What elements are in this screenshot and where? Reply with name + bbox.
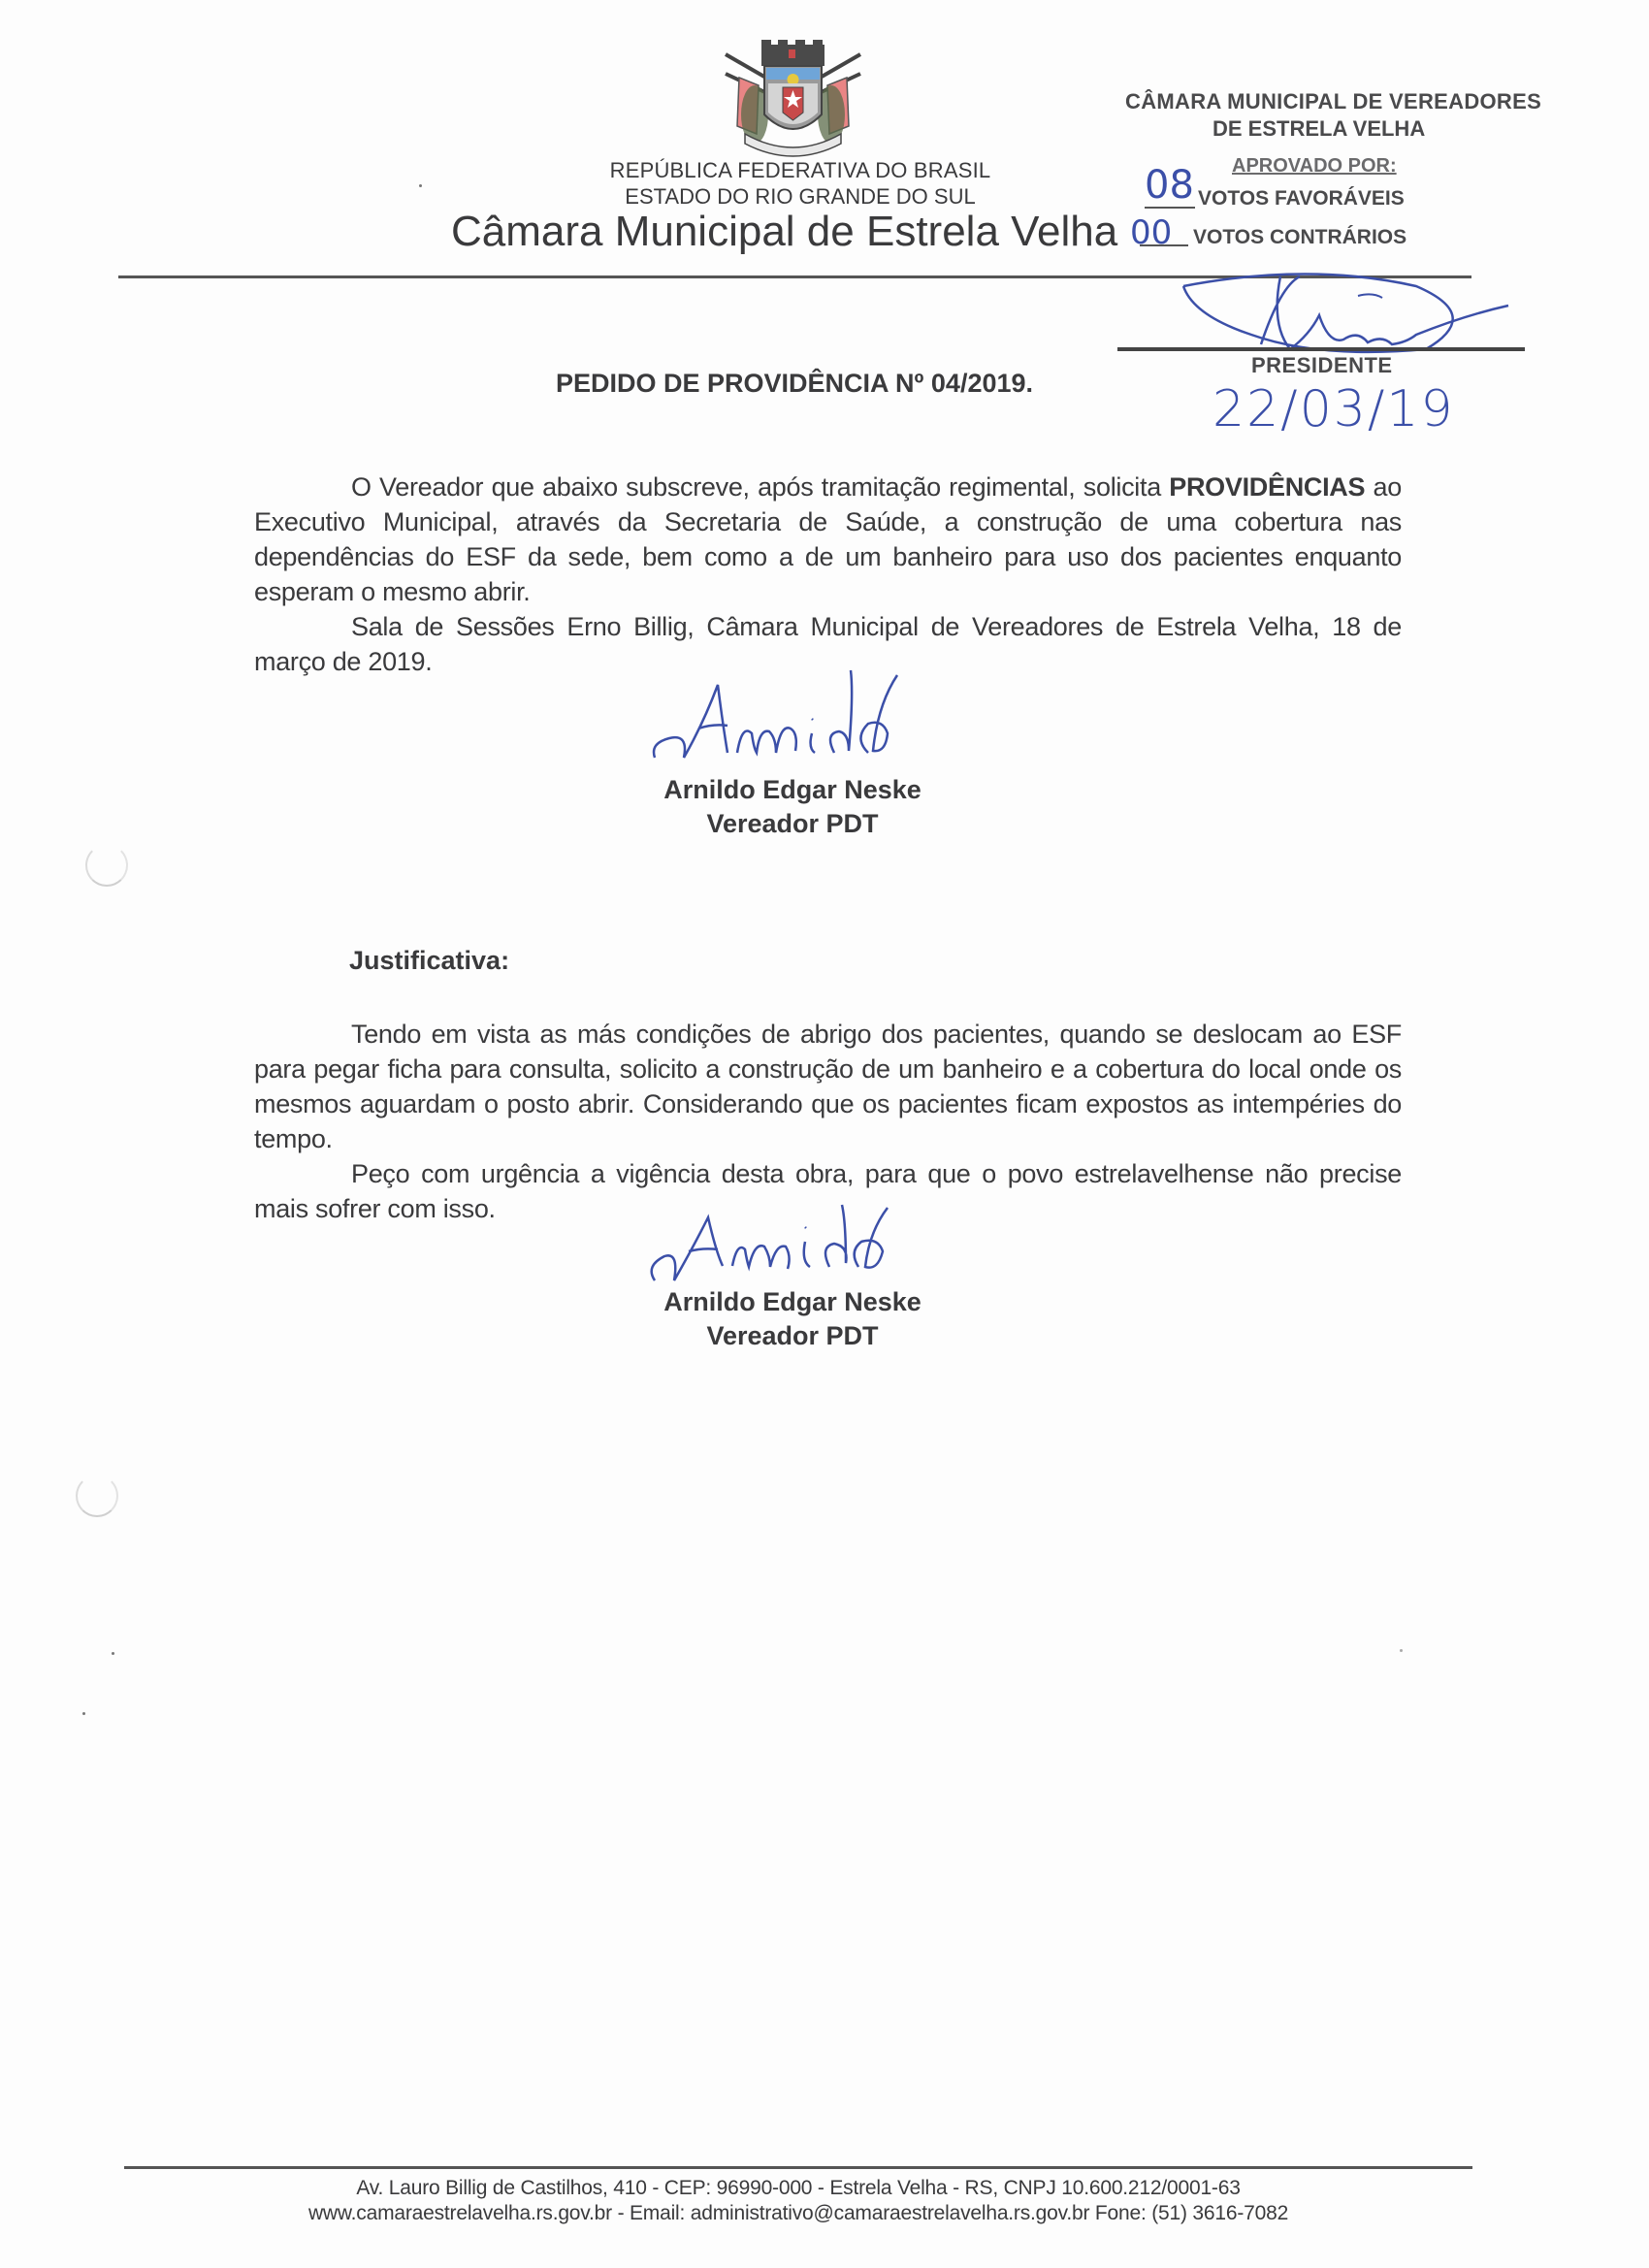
republic-header: REPÚBLICA FEDERATIVA DO BRASIL: [543, 158, 1057, 183]
scan-speck: [82, 1712, 85, 1715]
councilor-signature-icon: [640, 1203, 931, 1292]
scan-speck: [1400, 1649, 1403, 1652]
providencias-emphasis: PROVIDÊNCIAS: [1169, 472, 1365, 502]
signature-block-2: Arnildo Edgar Neske Vereador PDT: [589, 1285, 996, 1353]
votes-against-count: 00: [1130, 213, 1172, 252]
approval-stamp: CÂMARA MUNICIPAL DE VEREADORES DE ESTREL…: [1106, 78, 1571, 388]
signer-name: Arnildo Edgar Neske: [589, 1285, 996, 1319]
votes-against-underline: [1140, 244, 1188, 246]
document-title: PEDIDO DE PROVIDÊNCIA Nº 04/2019.: [556, 369, 1033, 399]
request-text-start: O Vereador que abaixo subscreve, após tr…: [351, 472, 1169, 502]
stamp-line-1: CÂMARA MUNICIPAL DE VEREADORES: [1125, 89, 1541, 114]
coat-of-arms-icon: [718, 37, 868, 161]
footer-contact: www.camaraestrelavelha.rs.gov.br - Email…: [124, 2202, 1472, 2225]
state-header: ESTADO DO RIO GRANDE DO SUL: [543, 184, 1057, 210]
handwritten-approval-date: 22/03/19: [1212, 380, 1455, 438]
stamp-line-2: DE ESTRELA VELHA: [1212, 116, 1425, 142]
signer-role: Vereador PDT: [589, 1319, 996, 1353]
scanned-document-page: REPÚBLICA FEDERATIVA DO BRASIL ESTADO DO…: [0, 0, 1649, 2268]
signer-role: Vereador PDT: [589, 807, 996, 841]
signer-name: Arnildo Edgar Neske: [589, 773, 996, 807]
votes-against-label: VOTOS CONTRÁRIOS: [1193, 226, 1406, 249]
hole-punch-mark: [85, 844, 128, 887]
president-signature-line: [1117, 347, 1525, 351]
justification-heading: Justificativa:: [349, 946, 509, 976]
councilor-signature-icon: [645, 665, 936, 772]
signature-block-1: Arnildo Edgar Neske Vereador PDT: [589, 773, 996, 841]
votes-for-label: VOTOS FAVORÁVEIS: [1198, 187, 1405, 211]
hole-punch-mark: [76, 1474, 118, 1517]
request-paragraph: O Vereador que abaixo subscreve, após tr…: [254, 470, 1402, 609]
scan-speck: [112, 1652, 114, 1655]
votes-for-count: 08: [1145, 163, 1194, 208]
justification-paragraph-1: Tendo em vista as más condições de abrig…: [254, 1017, 1402, 1156]
footer-address: Av. Lauro Billig de Castilhos, 410 - CEP…: [124, 2177, 1472, 2200]
scan-speck: [419, 184, 422, 187]
president-label: PRESIDENTE: [1251, 353, 1393, 378]
votes-for-underline: [1145, 207, 1195, 209]
president-signature-icon: [1174, 267, 1523, 359]
stamp-approved-by: APROVADO POR:: [1232, 155, 1397, 178]
institution-title: Câmara Municipal de Estrela Velha: [451, 208, 1117, 256]
footer-divider: [124, 2166, 1472, 2169]
